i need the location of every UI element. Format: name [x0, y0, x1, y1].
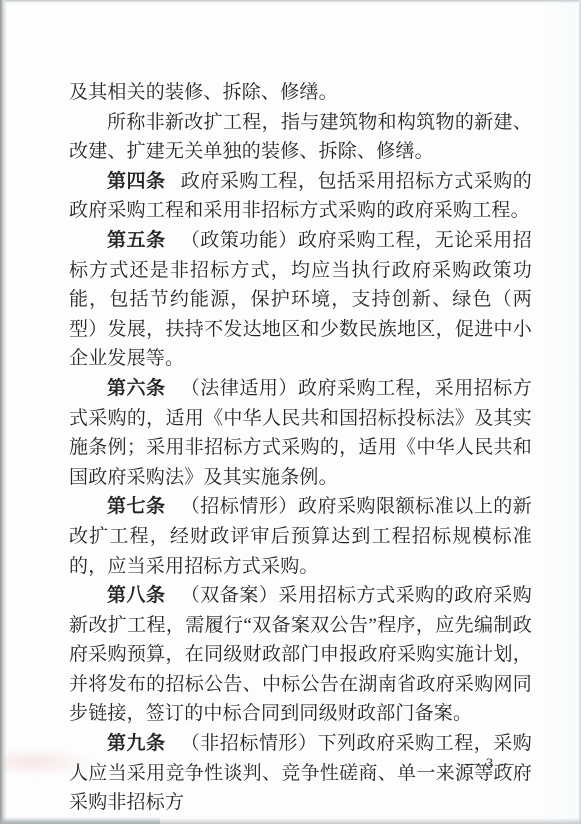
scan-edge-bottom-left: [0, 817, 160, 824]
scan-edge-top: [0, 0, 581, 3]
article-label: 第八条: [107, 585, 166, 606]
article-label: 第四条: [107, 171, 166, 192]
article-paragraph: 第八条（双备案）采用招标方式采购的政府采购新改扩工程，需履行“双备案双公告”程序…: [69, 581, 532, 729]
document-body: 及其相关的装修、拆除、修缮。所称非新改扩工程，指与建筑物和构筑物的新建、改建、扩…: [69, 78, 532, 818]
article-label: 第七条: [107, 496, 166, 517]
article-label: 第五条: [107, 230, 166, 251]
scan-edge-left: [0, 0, 7, 824]
paragraph: 所称非新改扩工程，指与建筑物和构筑物的新建、改建、扩建无关单独的装修、拆除、修缮…: [69, 108, 532, 167]
scanned-document-page: 及其相关的装修、拆除、修缮。所称非新改扩工程，指与建筑物和构筑物的新建、改建、扩…: [0, 0, 581, 824]
article-paragraph: 第五条（政策功能）政府采购工程，无论采用招标方式还是非招标方式，均应当执行政府采…: [69, 226, 532, 374]
article-paragraph: 第七条（招标情形）政府采购限额标准以上的新改扩工程，经财政评审后预算达到工程招标…: [69, 492, 532, 581]
article-paragraph: 第九条（非招标情形）下列政府采购工程，采购人应当采用竞争性谈判、竞争性磋商、单一…: [69, 729, 532, 818]
article-label: 第九条: [107, 733, 166, 754]
paragraph: 及其相关的装修、拆除、修缮。: [69, 78, 532, 108]
article-paragraph: 第四条政府采购工程，包括采用招标方式采购的政府采购工程和采用非招标方式采购的政府…: [69, 167, 532, 226]
article-paragraph: 第六条（法律适用）政府采购工程，采用招标方式采购的，适用《中华人民共和国招标投标…: [69, 374, 532, 492]
article-label: 第六条: [107, 378, 166, 399]
page-number: — 3 —: [444, 756, 536, 773]
